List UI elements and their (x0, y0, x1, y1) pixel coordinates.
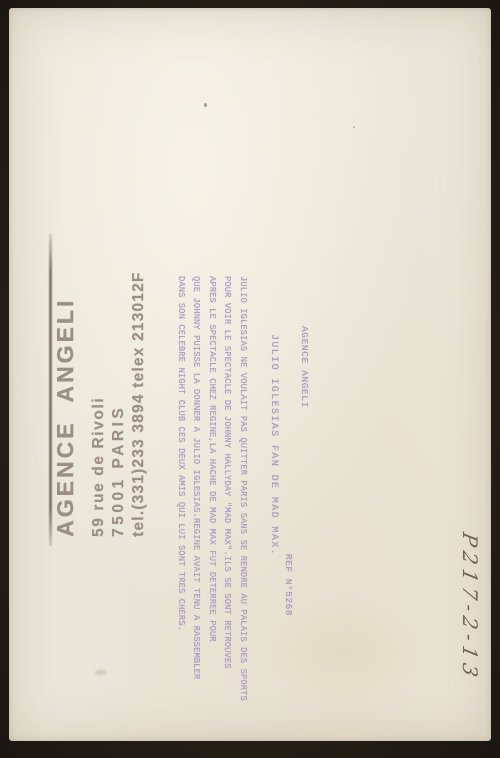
stamp-agency-name: AGENCE ANGELI (48, 227, 82, 537)
stamp-address-city: 75001 PARIS (109, 227, 129, 537)
typed-body-line: POUR VOIR LE SPECTACLE DE JOHNNY HALLYDA… (219, 276, 235, 711)
typed-body-line: APRES LE SPECTACLE CHEZ REGINE,LA HACHE … (204, 276, 220, 711)
typed-agency-header: AGENCE ANGELI (297, 326, 313, 711)
paper-speck (204, 103, 207, 107)
agency-stamp: AGENCE ANGELI 59 rue de Rivoli 75001 PAR… (48, 227, 160, 537)
typed-body-line: QUE JOHNNY PUISSE LA DONNER A JULIO IGLE… (188, 276, 204, 711)
typed-body-line: DANS SON CELEBRE NIGHT CLUB CES DEUX AMI… (173, 276, 189, 711)
paper-speck (353, 126, 355, 128)
typed-caption: AGENCE ANGELI REF N°5268 JULIO IGLESIAS … (170, 276, 313, 711)
typed-blank-line (250, 276, 266, 711)
typed-caption-title: JULIO IGLESIAS FAN DE MAD MAX. (266, 334, 282, 711)
handwritten-reference: P217-2-13 (455, 530, 485, 676)
typed-ref-number: REF N°5268 (281, 554, 297, 711)
paper-smudge (95, 670, 107, 675)
stamp-contact-line: tel.(331)233 3894 telex 213012F (129, 227, 149, 537)
stamp-address-street: 59 rue de Rivoli (89, 227, 109, 537)
typed-body-line: JULIO IGLESIAS NE VOULAIT PAS QUITTER PA… (235, 276, 251, 711)
